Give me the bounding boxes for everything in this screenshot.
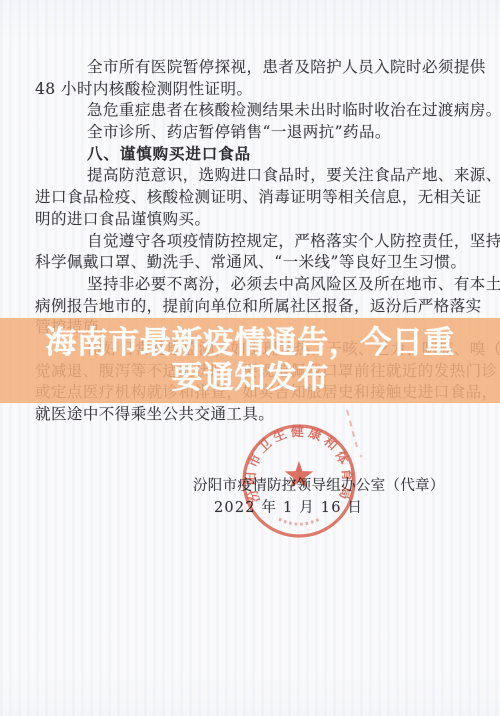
- document-line: 全市所有医院暂停探视，患者及陪护人员入院时必须提供: [35, 57, 468, 79]
- scanned-notice-document: 全市所有医院暂停探视，患者及陪护人员入院时必须提供48 小时内核酸检测阴性证明。…: [0, 0, 500, 716]
- document-line: 明的进口食品谨慎购买。: [35, 209, 468, 231]
- document-line: 48 小时内核酸检测阴性证明。: [35, 79, 468, 101]
- document-line: 八、谨慎购买进口食品: [35, 144, 468, 166]
- document-line: 全市诊所、药店暂停销售“一退两抗”药品。: [35, 122, 468, 144]
- document-line: 坚持非必要不离汾，必须去中高风险区及所在地市、有本土: [35, 274, 468, 296]
- seal-bottom-code-marks: [279, 518, 321, 524]
- document-line: 进口食品检疫、核酸检测证明、消毒证明等相关信息，无相关证: [35, 187, 468, 209]
- document-line: 病例报告地市的，提前向单位和所属社区报备，返汾后严格落实: [35, 296, 468, 318]
- overlay-banner: 海南市最新疫情通告，今日重 要通知发布: [0, 318, 500, 403]
- stamp-smudge-marks: [330, 398, 410, 468]
- document-line: 提高防范意识，选购进口食品时，要关注食品产地、来源、: [35, 165, 468, 187]
- banner-title-line1: 海南市最新疫情通告，今日重: [45, 326, 455, 361]
- document-line: 科学佩戴口罩、勤洗手、常通风、“一米线”等良好卫生习惯。: [35, 252, 468, 274]
- seal-star-icon: [285, 461, 314, 488]
- document-line: 急危重症患者在核酸检测结果未出时临时收治在过渡病房。: [35, 100, 468, 122]
- document-line: 自觉遵守各项疫情防控规定，严格落实个人防控责任，坚持: [35, 231, 468, 253]
- banner-title-line2: 要通知发布: [171, 361, 329, 396]
